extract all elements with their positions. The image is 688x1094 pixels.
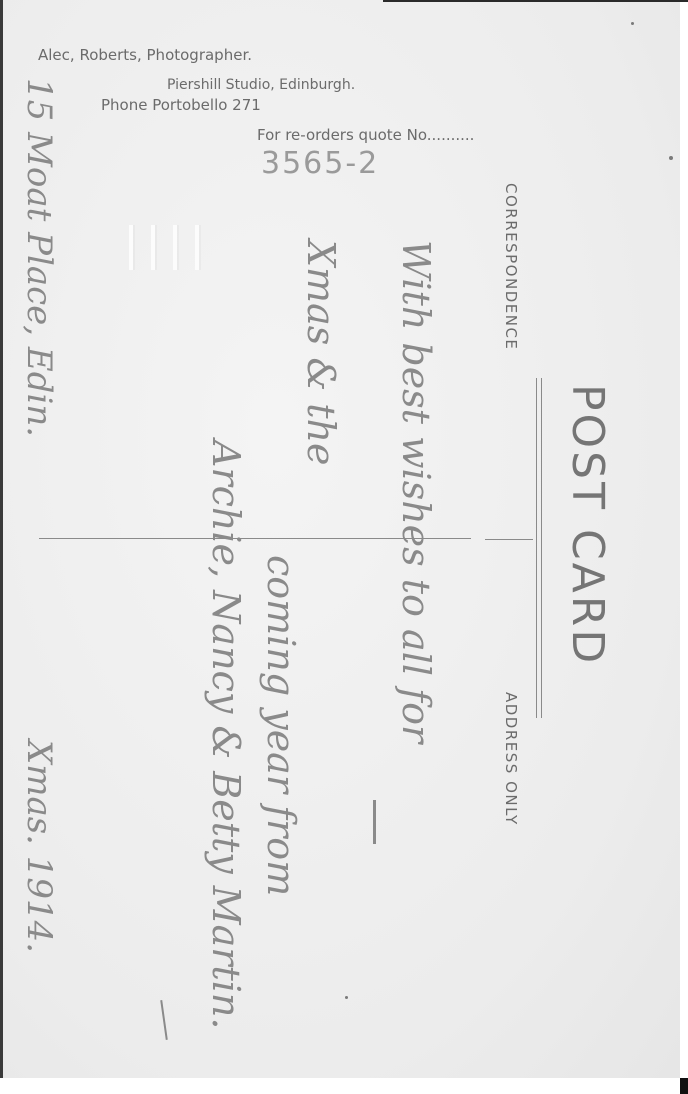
- address-only-label: ADDRESS ONLY: [502, 692, 520, 826]
- embossed-mark: [113, 225, 213, 270]
- message-line-3: Archie, Nancy & Betty Martin.: [204, 440, 248, 1029]
- message-line-2a: Xmas & the: [299, 240, 343, 465]
- message-line-1: With best wishes to all for: [394, 240, 438, 743]
- divider-line-right: [541, 378, 542, 718]
- reorder-instruction: For re-orders quote No..........: [257, 126, 474, 144]
- paper-speck: [345, 996, 348, 999]
- studio-address: Piershill Studio, Edinburgh.: [167, 77, 355, 93]
- message-line-2b: coming year from: [259, 555, 303, 896]
- divider-line-left: [536, 378, 537, 718]
- paper-speck: [669, 156, 673, 160]
- postcard-back: Alec, Roberts, Photographer. Piershill S…: [0, 0, 680, 1078]
- scan-edge: [383, 0, 688, 2]
- horizontal-rule-short: [485, 539, 533, 540]
- underline-all: [373, 800, 376, 844]
- postcard-title: POST CARD: [562, 384, 613, 666]
- studio-phone: Phone Portobello 271: [101, 96, 261, 114]
- photographer-name: Alec, Roberts, Photographer.: [38, 46, 252, 64]
- signature-flourish: [160, 1000, 168, 1040]
- correspondence-label: CORRESPONDENCE: [502, 183, 520, 350]
- paper-speck: [631, 22, 634, 25]
- date-note: Xmas. 1914.: [19, 740, 59, 953]
- sender-address: 15 Moat Place, Edin.: [19, 78, 59, 437]
- scan-corner: [680, 1078, 688, 1094]
- reorder-number: 3565-2: [261, 146, 379, 181]
